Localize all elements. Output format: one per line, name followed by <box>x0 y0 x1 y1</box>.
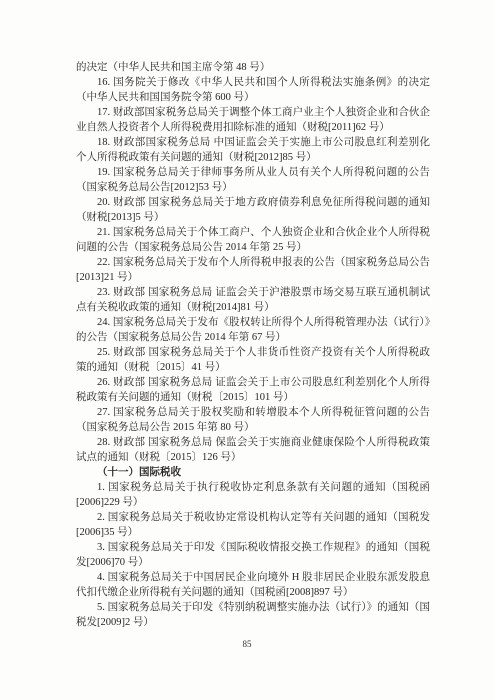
paragraph: 2. 国家税务总局关于税收协定常设机构认定等有关问题的通知（国税发[2006]3… <box>76 510 430 540</box>
document-page: 的决定（中华人民共和国主席令第 48 号） 16. 国务院关于修改《中华人民共和… <box>0 0 494 700</box>
paragraph: 17. 财政部国家税务总局关于调整个体工商户业主个人独资企业和合伙企业自然人投资… <box>76 105 430 135</box>
paragraph: 3. 国家税务总局关于印发《国际税收情报交换工作规程》的通知（国税发[2006]… <box>76 540 430 570</box>
paragraph: 22. 国家税务总局关于发布个人所得税申报表的公告（国家税务总局公告[2013]… <box>76 255 430 285</box>
paragraph: 23. 财政部 国家税务总局 证监会关于沪港股票市场交易互联互通机制试点有关税收… <box>76 285 430 315</box>
paragraph: 18. 财政部国家税务总局 中国证监会关于实施上市公司股息红利差别化个人所得税政… <box>76 135 430 165</box>
paragraph: 5. 国家税务总局关于印发《特别纳税调整实施办法（试行）》的通知（国税发[200… <box>76 600 430 630</box>
paragraph: 1. 国家税务总局关于执行税收协定利息条款有关问题的通知（国税函[2006]22… <box>76 480 430 510</box>
section-heading: （十一）国际税收 <box>76 465 430 480</box>
paragraph: 26. 财政部 国家税务总局 证监会关于上市公司股息红利差别化个人所得税政策有关… <box>76 375 430 405</box>
document-text: 的决定（中华人民共和国主席令第 48 号） 16. 国务院关于修改《中华人民共和… <box>76 60 430 630</box>
paragraph: 28. 财政部 国家税务总局 保监会关于实施商业健康保险个人所得税政策试点的通知… <box>76 435 430 465</box>
paragraph: 25. 财政部 国家税务总局关于个人非货币性资产投资有关个人所得税政策的通知（财… <box>76 345 430 375</box>
paragraph: 24. 国家税务总局关于发布《股权转让所得个人所得税管理办法（试行）》的公告（国… <box>76 315 430 345</box>
paragraph: 16. 国务院关于修改《中华人民共和国个人所得税法实施条例》的决定（中华人民共和… <box>76 75 430 105</box>
paragraph: 27. 国家税务总局关于股权奖励和转增股本个人所得税征管问题的公告（国家税务总局… <box>76 405 430 435</box>
page-number: 85 <box>0 639 494 649</box>
paragraph: 4. 国家税务总局关于中国居民企业向境外 H 股非居民企业股东派发股息代扣代缴企… <box>76 570 430 600</box>
paragraph: 19. 国家税务总局关于律师事务所从业人员有关个人所得税问题的公告（国家税务总局… <box>76 165 430 195</box>
paragraph-continuation: 的决定（中华人民共和国主席令第 48 号） <box>76 60 430 75</box>
paragraph: 21. 国家税务总局关于个体工商户、个人独资企业和合伙企业个人所得税问题的公告（… <box>76 225 430 255</box>
paragraph: 20. 财政部 国家税务总局关于地方政府债券利息免征所得税问题的通知（财税[20… <box>76 195 430 225</box>
